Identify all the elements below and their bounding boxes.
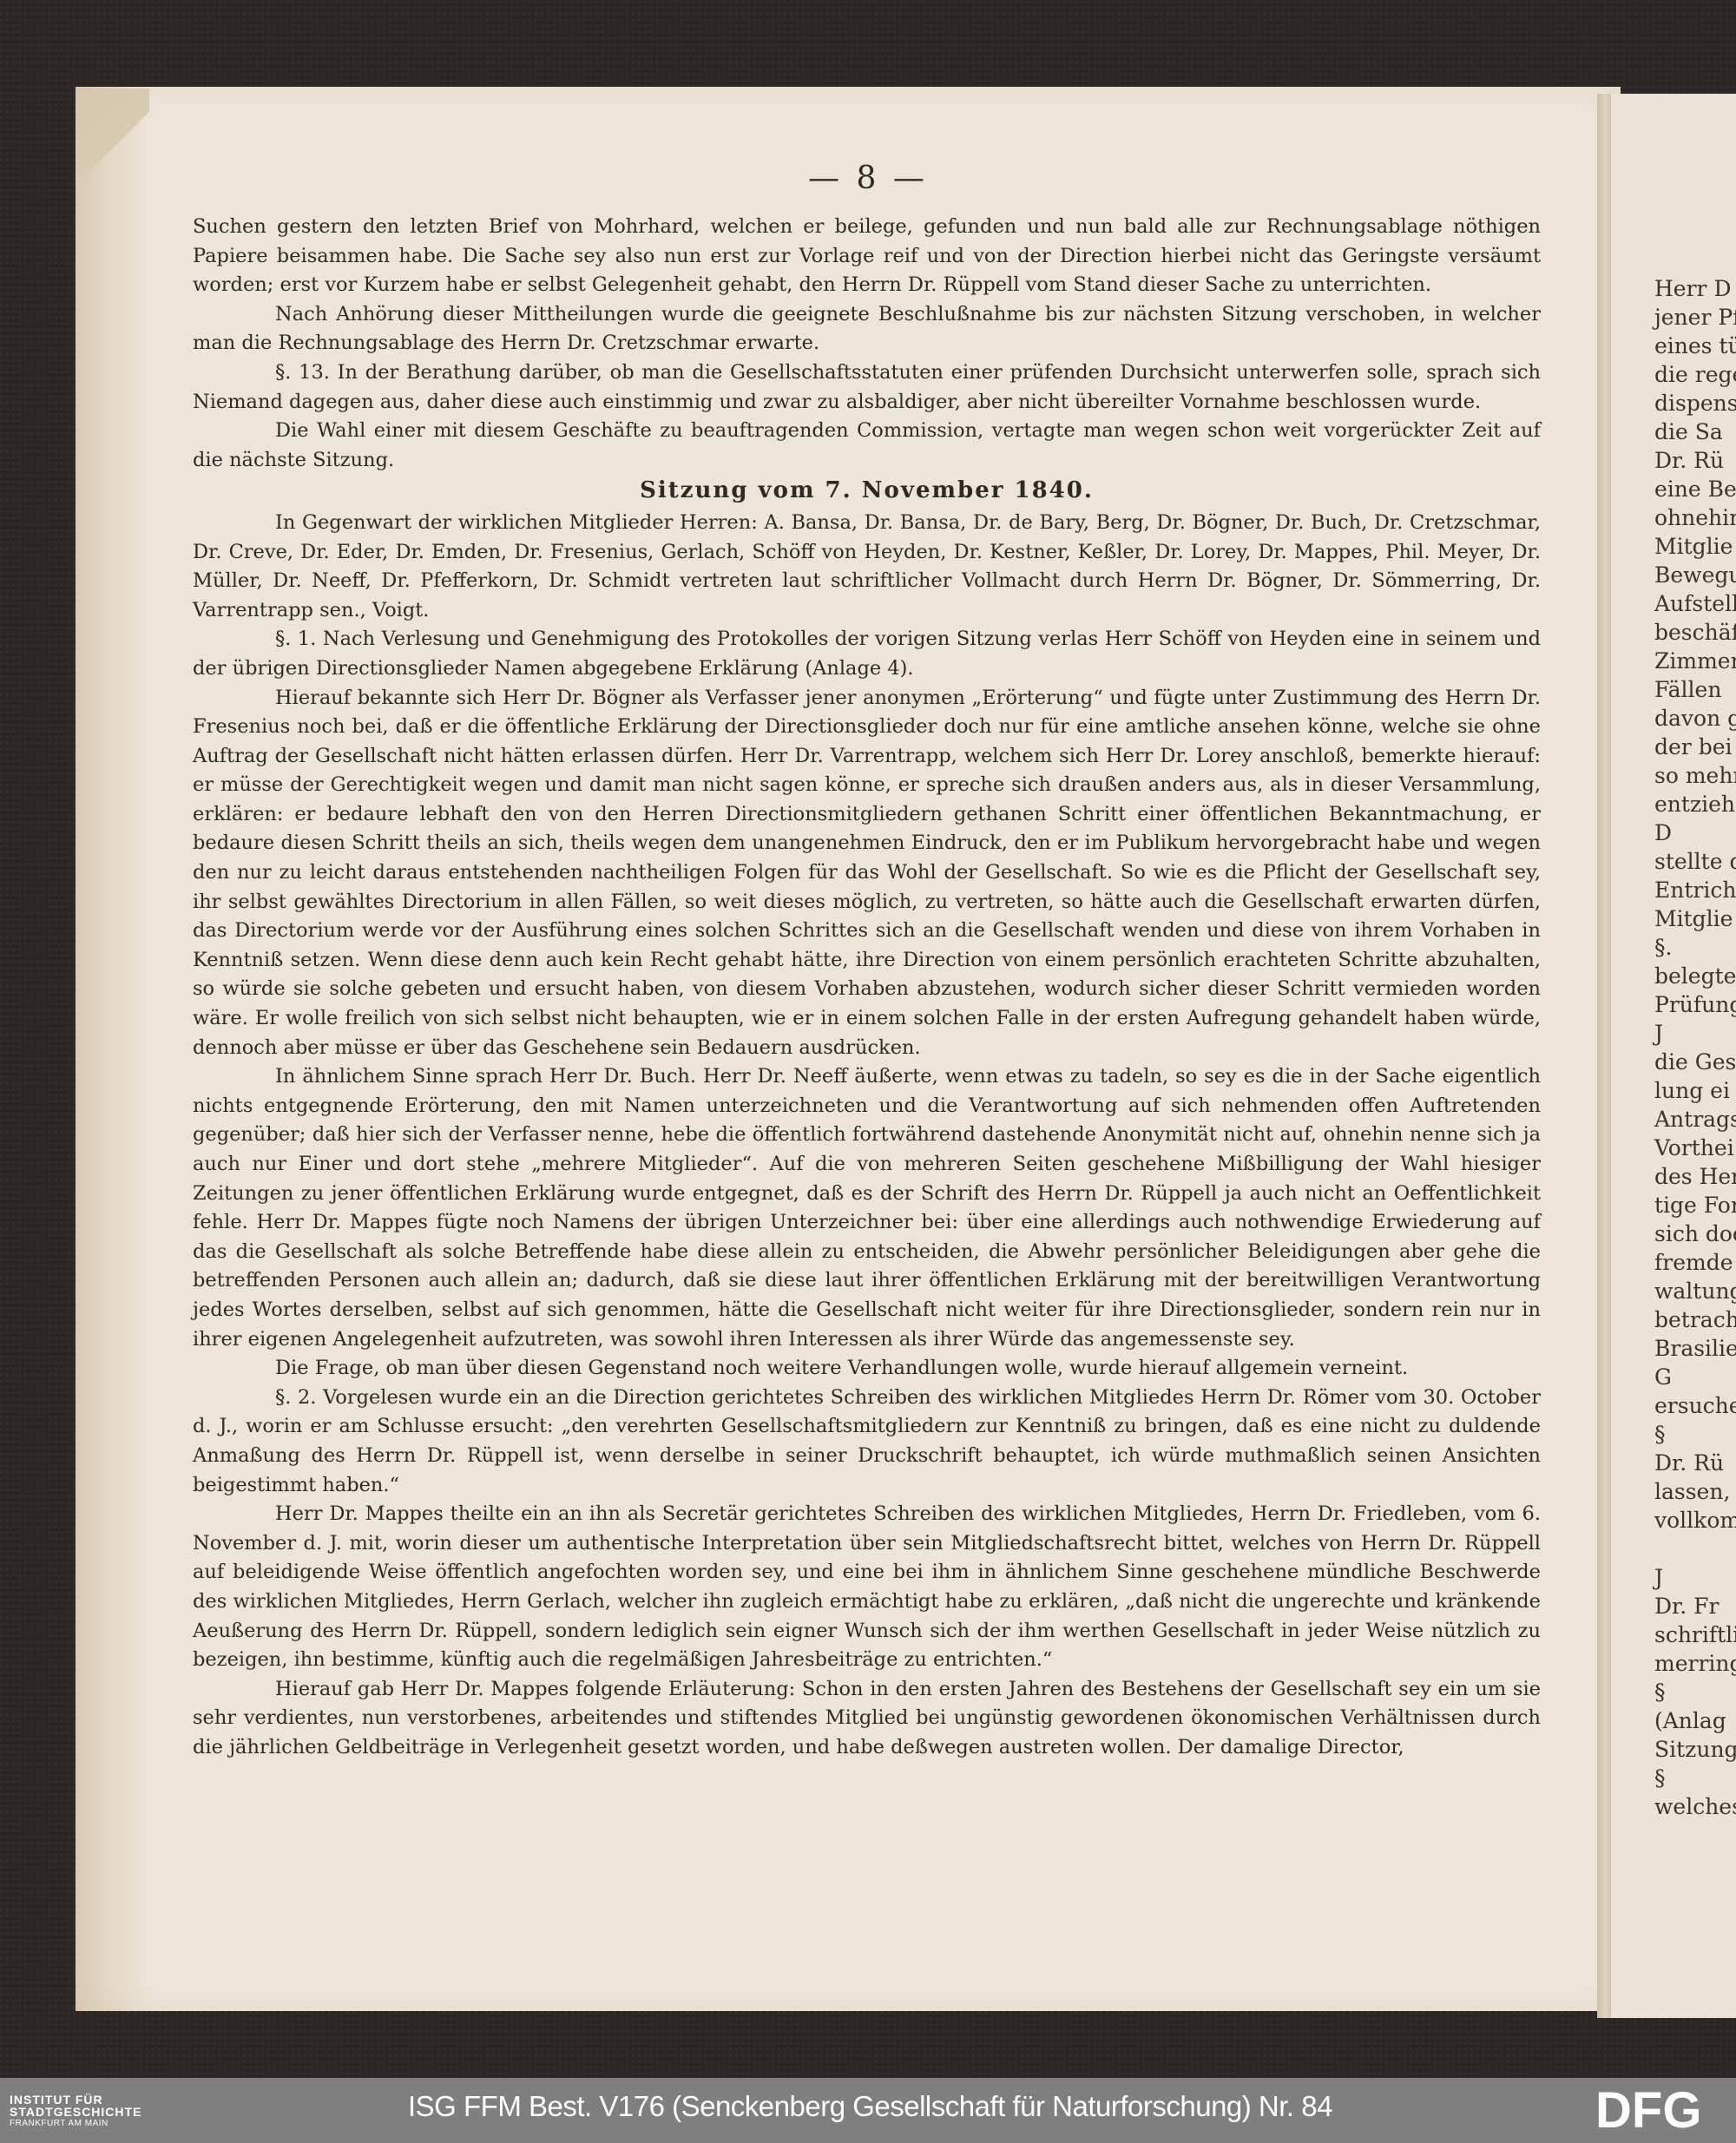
next-page-line: Herr D bbox=[1654, 276, 1732, 301]
paragraph: Hierauf bekannte sich Herr Dr. Bögner al… bbox=[193, 684, 1541, 1063]
paragraph: Suchen gestern den letzten Brief von Moh… bbox=[193, 213, 1541, 300]
institute-logo: INSTITUT FÜR STADTGESCHICHTE FRANKFURT A… bbox=[10, 2094, 141, 2130]
next-page-line: davon g bbox=[1654, 706, 1736, 731]
next-page-line: belegter bbox=[1654, 963, 1736, 989]
next-page-line: D bbox=[1654, 820, 1672, 845]
next-page-line: so mehr bbox=[1654, 763, 1736, 788]
page-edge-shade bbox=[76, 87, 149, 2011]
next-page-line: betracht bbox=[1654, 1307, 1736, 1332]
next-page-line: die rege bbox=[1654, 362, 1736, 387]
next-page-line: des Her bbox=[1654, 1164, 1736, 1189]
next-page-line: § bbox=[1654, 1765, 1666, 1791]
next-page-line: waltung bbox=[1654, 1279, 1736, 1304]
next-page-line: § bbox=[1654, 1422, 1666, 1447]
next-page-line: fremde bbox=[1654, 1250, 1733, 1275]
next-page-line: stellte d bbox=[1654, 849, 1736, 874]
next-page-line: Sitzung bbox=[1654, 1737, 1736, 1762]
next-page-line: J bbox=[1654, 1565, 1663, 1590]
institute-line-3: FRANKFURT AM MAIN bbox=[10, 2118, 141, 2130]
paragraph: In Gegenwart der wirklichen Mitglieder H… bbox=[193, 509, 1541, 625]
book-gutter bbox=[1597, 94, 1611, 2018]
next-page-line: vollkom bbox=[1654, 1508, 1736, 1533]
next-page-line: Brasilie bbox=[1654, 1336, 1736, 1361]
section-heading: Sitzung vom 7. November 1840. bbox=[193, 477, 1541, 506]
next-page-line: beschäfti bbox=[1654, 620, 1736, 645]
next-page-line: ohnehin bbox=[1654, 505, 1736, 530]
next-page-line: sich doc bbox=[1654, 1221, 1736, 1246]
next-page-line: die Sa bbox=[1654, 419, 1723, 444]
next-page-line: eine Be bbox=[1654, 477, 1736, 502]
paragraph: §. 1. Nach Verlesung und Genehmigung des… bbox=[193, 625, 1541, 683]
paragraph: Hierauf gab Herr Dr. Mappes folgende Erl… bbox=[193, 1675, 1541, 1763]
next-page-line: der bei bbox=[1654, 734, 1733, 759]
next-page-fragment: Herr Djener Pfeines tüdie regedispensidi… bbox=[1611, 94, 1736, 2018]
dfg-logo: DFG bbox=[1595, 2086, 1701, 2136]
page-number: — 8 — bbox=[764, 161, 972, 196]
paragraph: In ähnlichem Sinne sprach Herr Dr. Buch.… bbox=[193, 1062, 1541, 1354]
next-page-line: lung ei bbox=[1654, 1078, 1730, 1103]
paragraph: Herr Dr. Mappes theilte ein an ihn als S… bbox=[193, 1500, 1541, 1675]
next-page-line: Vorthei bbox=[1654, 1135, 1734, 1160]
next-page-line: Zimmer bbox=[1654, 648, 1736, 674]
next-page-line: Dr. Rü bbox=[1654, 448, 1724, 473]
next-page-line: (Anlag bbox=[1654, 1708, 1726, 1733]
next-page-line: Dr. Fr bbox=[1654, 1594, 1719, 1619]
next-page-line: Dr. Rü bbox=[1654, 1450, 1724, 1476]
paragraph: Die Wahl einer mit diesem Geschäfte zu b… bbox=[193, 417, 1541, 475]
page-body-text: Suchen gestern den letzten Brief von Moh… bbox=[193, 213, 1541, 1762]
next-page-line: Fällen bbox=[1654, 677, 1721, 702]
next-page-line: merring bbox=[1654, 1651, 1736, 1676]
next-page-line: Mitglie bbox=[1654, 906, 1733, 931]
institute-line-1: INSTITUT FÜR bbox=[10, 2094, 141, 2106]
next-page-line: Antrags bbox=[1654, 1107, 1736, 1132]
next-page-line: jener Pf bbox=[1654, 305, 1736, 330]
next-page-line: lassen, s bbox=[1654, 1479, 1736, 1504]
dog-eared-corner bbox=[76, 89, 149, 175]
next-page-line: Prüfung bbox=[1654, 992, 1736, 1017]
next-page-line: G bbox=[1654, 1364, 1672, 1390]
paragraph: §. 2. Vorgelesen wurde ein an die Direct… bbox=[193, 1384, 1541, 1500]
next-page-line: dispensi bbox=[1654, 391, 1736, 416]
next-page-line: Aufstelle bbox=[1654, 591, 1736, 616]
next-page-line: die Ges bbox=[1654, 1049, 1736, 1075]
next-page-line: ersuchen bbox=[1654, 1393, 1736, 1418]
paragraph: Die Frage, ob man über diesen Gegenstand… bbox=[193, 1354, 1541, 1384]
paragraph: Nach Anhörung dieser Mittheilungen wurde… bbox=[193, 300, 1541, 358]
next-page-line: welches bbox=[1654, 1794, 1736, 1819]
next-page-line: entziehe bbox=[1654, 792, 1736, 817]
next-page-line: Entricht bbox=[1654, 878, 1736, 903]
next-page-line: schriftli bbox=[1654, 1622, 1736, 1647]
next-page-line: J bbox=[1654, 1021, 1663, 1046]
footer-bar: INSTITUT FÜR STADTGESCHICHTE FRANKFURT A… bbox=[0, 2078, 1736, 2143]
next-page-line: Bewegu bbox=[1654, 562, 1736, 588]
archive-caption: ISG FFM Best. V176 (Senckenberg Gesellsc… bbox=[408, 2090, 1332, 2123]
next-page-line: tige For bbox=[1654, 1193, 1736, 1218]
paragraph: §. 13. In der Berathung darüber, ob man … bbox=[193, 358, 1541, 417]
next-page-line: § bbox=[1654, 1680, 1666, 1705]
next-page-line: §. bbox=[1654, 935, 1672, 960]
next-page-line: Mitglie bbox=[1654, 534, 1733, 559]
next-page-line: eines tü bbox=[1654, 333, 1736, 358]
institute-line-2: STADTGESCHICHTE bbox=[10, 2106, 141, 2118]
